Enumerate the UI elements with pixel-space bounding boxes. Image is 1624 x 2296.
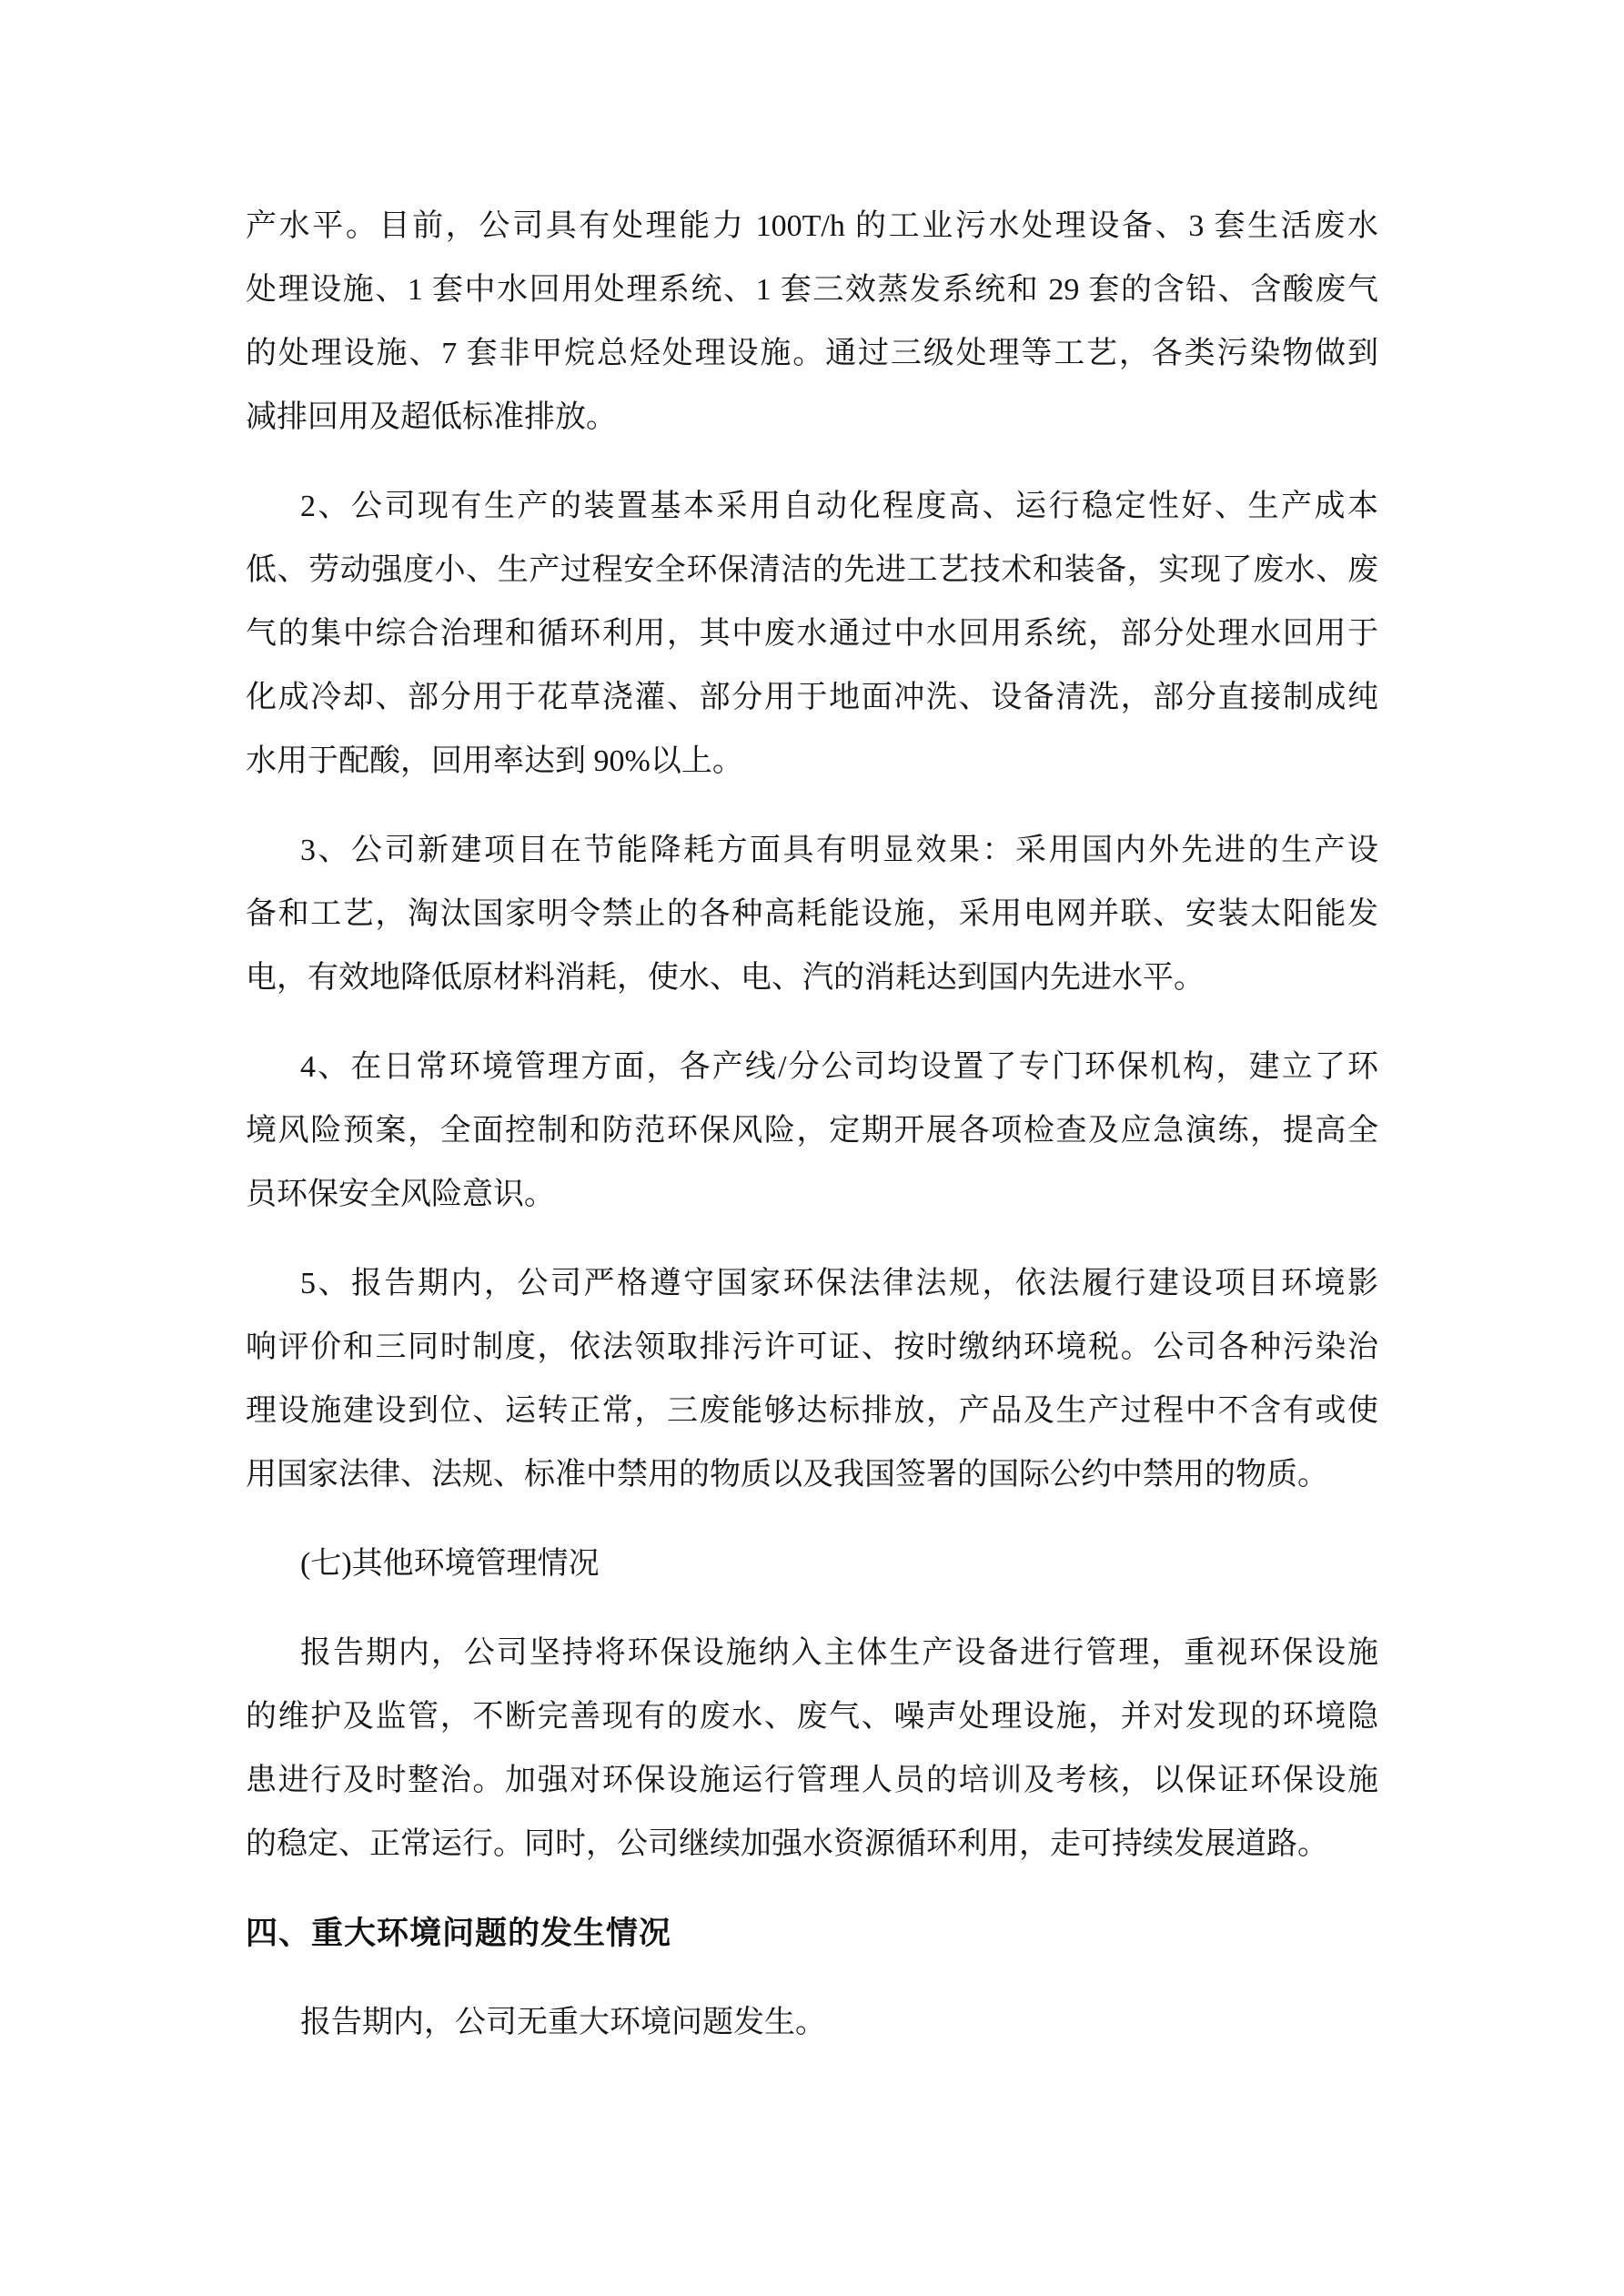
text-line: 的维护及监管，不断完善现有的废水、废气、噪声处理设施，并对发现的环境隐 bbox=[246, 1685, 1378, 1749]
subheading-text: (七)其他环境管理情况 bbox=[246, 1532, 1378, 1596]
text-line: 患进行及时整治。加强对环保设施运行管理人员的培训及考核，以保证环保设施 bbox=[246, 1749, 1378, 1813]
paragraph-reporting-period: 报告期内，公司坚持将环保设施纳入主体生产设备进行管理，重视环保设施 的维护及监管… bbox=[246, 1622, 1378, 1876]
paragraph-item-3: 3、公司新建项目在节能降耗方面具有明显效果：采用国内外先进的生产设 备和工艺，淘… bbox=[246, 819, 1378, 1010]
text-line: 理设施建设到位、运转正常，三废能够达标排放，产品及生产过程中不含有或使 bbox=[246, 1380, 1378, 1443]
text-line: 备和工艺，淘汰国家明令禁止的各种高耗能设施，采用电网并联、安装太阳能发 bbox=[246, 883, 1378, 946]
text-line: 2、公司现有生产的装置基本采用自动化程度高、运行稳定性好、生产成本 bbox=[246, 475, 1378, 539]
paragraph-no-major-issues: 报告期内，公司无重大环境问题发生。 bbox=[246, 1991, 1378, 2055]
document-page: 产水平。目前，公司具有处理能力 100T/h 的工业污水处理设备、3 套生活废水… bbox=[0, 0, 1624, 2296]
paragraph-item-4: 4、在日常环境管理方面，各产线/分公司均设置了专门环保机构，建立了环 境风险预案… bbox=[246, 1036, 1378, 1227]
text-line: 用国家法律、法规、标准中禁用的物质以及我国签署的国际公约中禁用的物质。 bbox=[246, 1443, 1378, 1507]
text-line: 5、报告期内，公司严格遵守国家环保法律法规，依法履行建设项目环境影 bbox=[246, 1252, 1378, 1316]
text-line: 电，有效地降低原材料消耗，使水、电、汽的消耗达到国内先进水平。 bbox=[246, 946, 1378, 1010]
paragraph-item-5: 5、报告期内，公司严格遵守国家环保法律法规，依法履行建设项目环境影 响评价和三同… bbox=[246, 1252, 1378, 1507]
text-line: 员环保安全风险意识。 bbox=[246, 1163, 1378, 1227]
text-line: 气的集中综合治理和循环利用，其中废水通过中水回用系统，部分处理水回用于 bbox=[246, 602, 1378, 666]
text-line: 响评价和三同时制度，依法领取排污许可证、按时缴纳环境税。公司各种污染治 bbox=[246, 1316, 1378, 1380]
text-line: 的处理设施、7 套非甲烷总烃处理设施。通过三级处理等工艺，各类污染物做到 bbox=[246, 322, 1378, 386]
text-line: 处理设施、1 套中水回用处理系统、1 套三效蒸发系统和 29 套的含铅、含酸废气 bbox=[246, 258, 1378, 322]
text-line: 减排回用及超低标准排放。 bbox=[246, 386, 1378, 450]
text-line: 3、公司新建项目在节能降耗方面具有明显效果：采用国内外先进的生产设 bbox=[246, 819, 1378, 883]
text-line: 化成冷却、部分用于花草浇灌、部分用于地面冲洗、设备清洗，部分直接制成纯 bbox=[246, 666, 1378, 730]
text-line: 报告期内，公司无重大环境问题发生。 bbox=[246, 1991, 1378, 2055]
text-line: 产水平。目前，公司具有处理能力 100T/h 的工业污水处理设备、3 套生活废水 bbox=[246, 195, 1378, 258]
paragraph-treatment-capacity: 产水平。目前，公司具有处理能力 100T/h 的工业污水处理设备、3 套生活废水… bbox=[246, 195, 1378, 450]
text-line: 的稳定、正常运行。同时，公司继续加强水资源循环利用，走可持续发展道路。 bbox=[246, 1813, 1378, 1876]
text-line: 低、劳动强度小、生产过程安全环保清洁的先进工艺技术和装备，实现了废水、废 bbox=[246, 539, 1378, 602]
text-line: 境风险预案，全面控制和防范环保风险，定期开展各项检查及应急演练，提高全 bbox=[246, 1099, 1378, 1163]
paragraph-item-2: 2、公司现有生产的装置基本采用自动化程度高、运行稳定性好、生产成本 低、劳动强度… bbox=[246, 475, 1378, 794]
text-line: 报告期内，公司坚持将环保设施纳入主体生产设备进行管理，重视环保设施 bbox=[246, 1622, 1378, 1685]
subheading-other-env-management: (七)其他环境管理情况 bbox=[246, 1532, 1378, 1596]
text-line: 水用于配酸，回用率达到 90%以上。 bbox=[246, 730, 1378, 794]
text-line: 4、在日常环境管理方面，各产线/分公司均设置了专门环保机构，建立了环 bbox=[246, 1036, 1378, 1099]
section-heading-major-env-issues: 四、重大环境问题的发生情况 bbox=[246, 1902, 1378, 1966]
